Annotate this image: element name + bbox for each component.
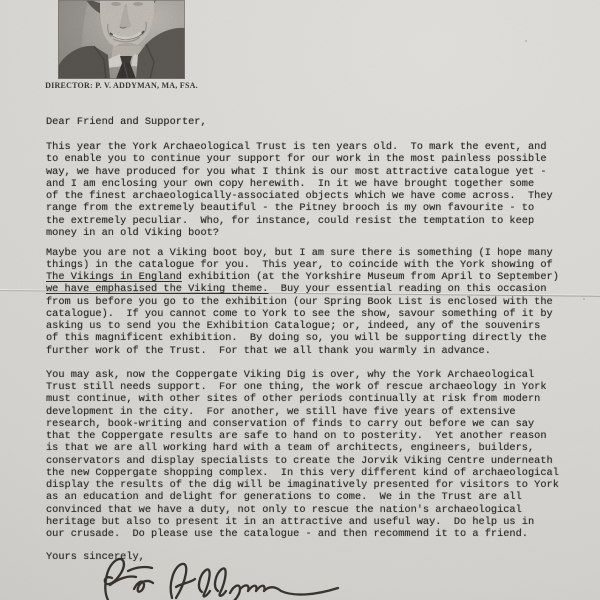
letter-line: as an education and delight for generati…	[46, 491, 559, 503]
paragraph-1: This year the York Archaeological Trust …	[46, 141, 559, 239]
paragraph-3: You may ask, now the Coppergate Viking D…	[46, 369, 559, 541]
signature-illustration	[96, 554, 346, 600]
letter-line: the new Coppergate shopping complex. In …	[46, 467, 559, 479]
letter-line: must continue, with other sites of other…	[46, 393, 559, 405]
letter-line: catalogue). If you cannot come to York t…	[46, 308, 559, 320]
letter-line: This year the York Archaeological Trust …	[46, 141, 559, 153]
letter-line: way, we have produced for you what I thi…	[46, 166, 559, 178]
letter-line: research, book-writing and conservation …	[46, 418, 559, 430]
letter-line: convinced that we have a duty, not only …	[46, 504, 559, 516]
letter-line: further work of the Trust. For that we a…	[46, 345, 559, 357]
letter-body: This year the York Archaeological Trust …	[46, 141, 559, 540]
letter-line: from us before you go to the exhibition …	[46, 296, 559, 308]
letter-line: of this magnificent exhibition. By doing…	[46, 332, 559, 344]
letter-line: asking us to send you the Exhibition Cat…	[46, 320, 559, 332]
letter-line: You may ask, now the Coppergate Viking D…	[46, 369, 559, 381]
letter-line: heritage but also to present it in an at…	[46, 516, 559, 528]
letter-line: The Vikings in England exhibition (at th…	[46, 271, 559, 283]
letter-line: we have emphasised the Viking theme. Buy…	[46, 283, 559, 295]
letter-line: money in an old Viking boot?	[46, 227, 559, 239]
letter-line: and I am enclosing your own copy herewit…	[46, 178, 559, 190]
letter-line: Maybe you are not a Viking boot boy, but…	[46, 247, 559, 259]
letter-line: conservators and display specialists to …	[46, 455, 559, 467]
letter-line: to enable you to continue your support f…	[46, 153, 559, 165]
letter-line: display the results of the dig will be i…	[46, 479, 559, 491]
letter-line: is that we are all working hard with a t…	[46, 442, 559, 454]
signature-script	[96, 554, 346, 600]
letter-line: things) in the catalogue for you. This y…	[46, 259, 559, 271]
portrait-illustration	[58, 0, 185, 79]
letter-line: Trust still needs support. For one thing…	[46, 381, 559, 393]
photo-caption: DIRECTOR: P. V. ADDYMAN, MA, FSA.	[41, 81, 202, 90]
director-photo	[58, 0, 185, 79]
dust-speck	[583, 298, 585, 300]
letter-line: of the finest archaeologically-associate…	[46, 190, 559, 202]
letter-line: our crusade. Do please use the catalogue…	[46, 528, 559, 540]
paragraph-2: Maybe you are not a Viking boot boy, but…	[46, 247, 559, 357]
letter-line: that the Coppergate results are safe to …	[46, 430, 559, 442]
letter-line: range from the extremely beautiful - the…	[46, 202, 559, 214]
salutation: Dear Friend and Supporter,	[46, 116, 207, 128]
dust-speck	[525, 40, 527, 42]
letter-page: DIRECTOR: P. V. ADDYMAN, MA, FSA. Dear F…	[0, 0, 600, 600]
letter-line: development in the city. For another, we…	[46, 406, 559, 418]
letter-line: the extremely peculiar. Who, for instanc…	[46, 215, 559, 227]
